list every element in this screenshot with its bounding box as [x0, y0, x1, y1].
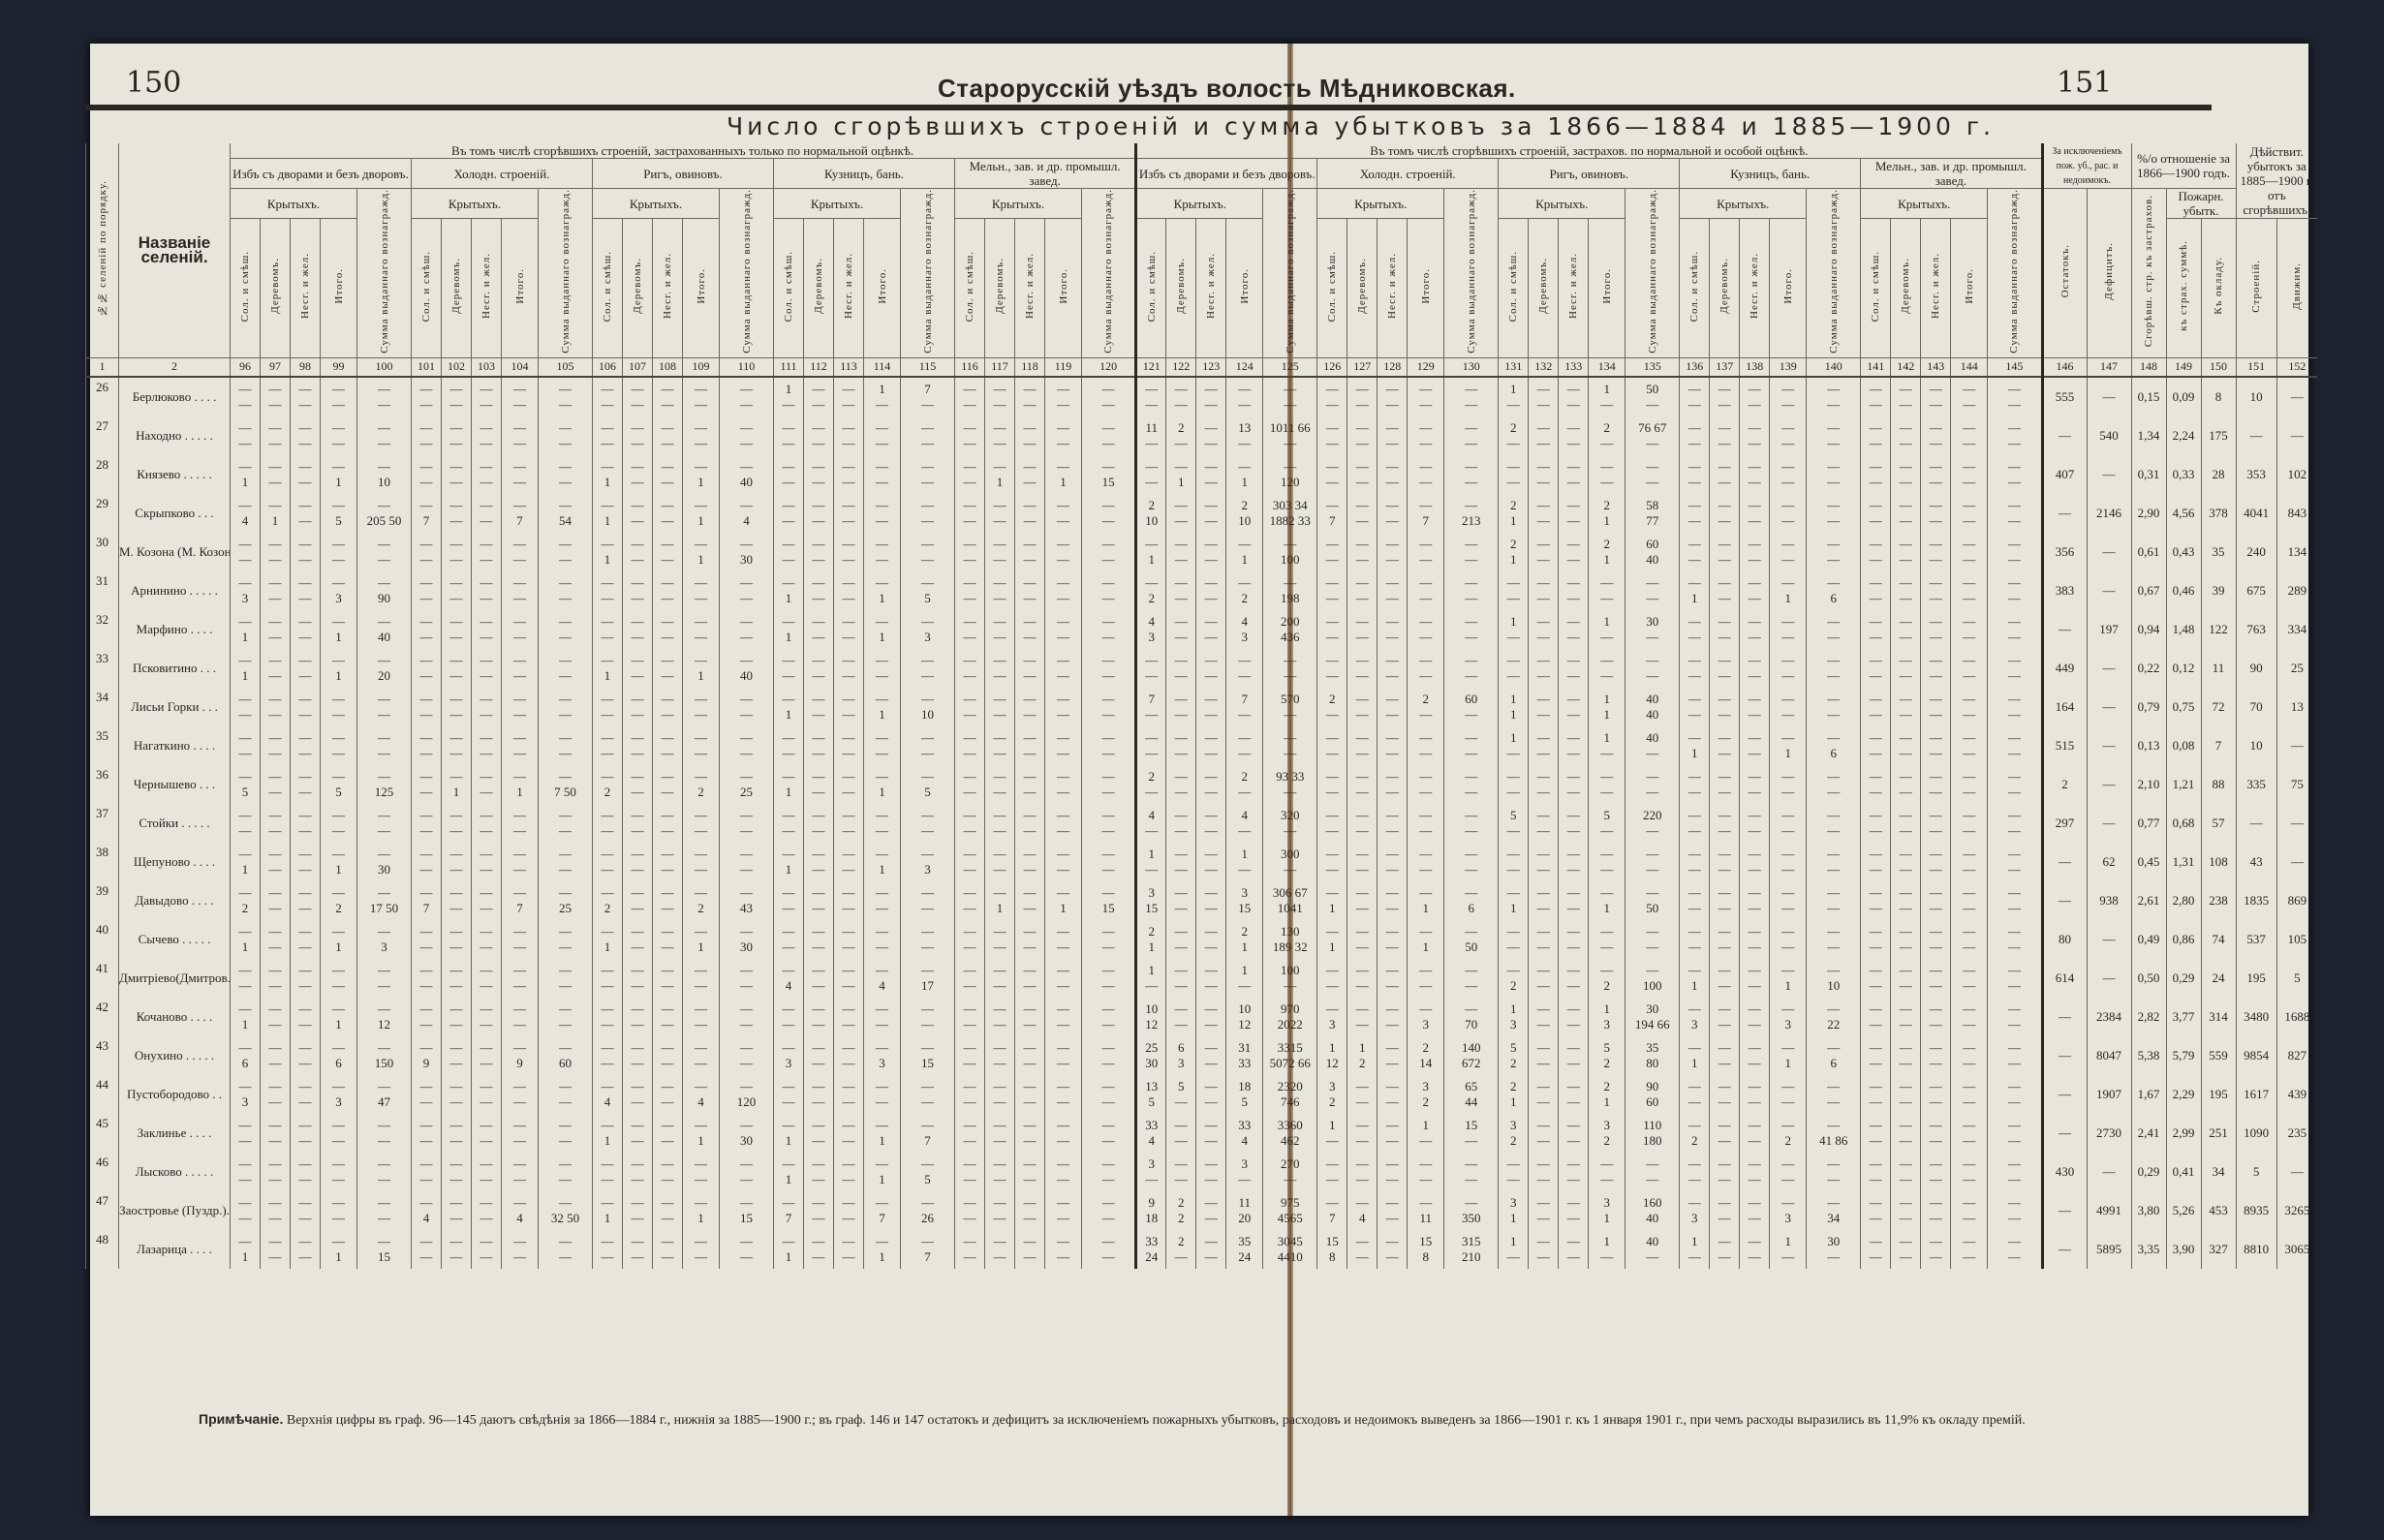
- lower-value: 2: [231, 901, 260, 916]
- data-cell: ——: [1740, 843, 1770, 881]
- upper-value: —: [1770, 653, 1806, 668]
- lower-value: —: [1680, 1172, 1709, 1187]
- data-cell: ——: [804, 1191, 834, 1230]
- upper-value: —: [1499, 653, 1528, 668]
- upper-value: —: [1710, 847, 1739, 862]
- data-cell: —1: [864, 843, 901, 881]
- data-cell: ——: [1559, 726, 1589, 765]
- summary-cell: 2,99: [2166, 1114, 2201, 1153]
- data-cell: ——: [1082, 610, 1136, 649]
- data-cell: —3: [231, 571, 261, 610]
- upper-value: —: [1529, 459, 1558, 475]
- upper-value: —: [261, 1234, 290, 1249]
- upper-value: —: [834, 537, 863, 552]
- upper-value: —: [593, 808, 622, 823]
- upper-value: —: [231, 1118, 260, 1133]
- data-cell: ——: [1529, 494, 1559, 533]
- lower-value: 1: [1226, 475, 1262, 490]
- data-cell: —1: [774, 843, 804, 881]
- data-cell: ——: [261, 998, 291, 1036]
- lower-value: —: [502, 552, 538, 568]
- lower-value: —: [1015, 901, 1044, 916]
- upper-value: —: [1740, 885, 1769, 901]
- data-cell: ——: [1347, 1153, 1378, 1191]
- lower-value: —: [1770, 668, 1806, 684]
- pct-burned-label: Сгорѣвш. стр. къ застрахов.: [2143, 195, 2154, 347]
- upper-value: —: [1347, 382, 1377, 397]
- lower-value: 189 32: [1263, 939, 1316, 955]
- lower-value: —: [653, 591, 682, 606]
- lower-value: —: [774, 823, 803, 839]
- data-cell: —15: [720, 1191, 774, 1230]
- upper-value: 2: [1589, 1079, 1625, 1094]
- upper-value: 2: [1137, 498, 1165, 513]
- lower-value: —: [1740, 939, 1769, 955]
- upper-value: —: [1807, 653, 1860, 668]
- lower-value: —: [653, 1056, 682, 1071]
- column-number: 127: [1347, 357, 1378, 377]
- upper-value: —: [1196, 1040, 1225, 1056]
- data-cell: ——: [1166, 571, 1196, 610]
- upper-value: —: [1988, 730, 2040, 746]
- upper-value: —: [804, 1195, 833, 1211]
- sub-label: Несг. и жел.: [299, 253, 311, 319]
- sum-label: Сумма выданнаго вознагражд.: [1102, 189, 1114, 354]
- upper-value: —: [472, 924, 501, 939]
- upper-value: —: [1559, 498, 1588, 513]
- data-cell: 13—: [1226, 416, 1263, 455]
- lower-value: —: [1045, 1249, 1081, 1265]
- lower-value: —: [653, 1211, 682, 1226]
- upper-value: 3360: [1263, 1118, 1316, 1133]
- data-cell: —1: [321, 649, 357, 688]
- upper-value: —: [442, 963, 471, 978]
- lower-value: —: [1710, 1017, 1739, 1032]
- upper-value: —: [261, 1156, 290, 1172]
- data-cell: ——: [1136, 726, 1166, 765]
- summary-cell: —: [2042, 610, 2087, 649]
- data-cell: ——: [683, 804, 720, 843]
- upper-value: —: [1861, 847, 1890, 862]
- summary-cell: 2,90: [2131, 494, 2166, 533]
- summary-cell: —: [2087, 377, 2131, 416]
- lower-value: —: [472, 591, 501, 606]
- lower-value: —: [1408, 823, 1443, 839]
- sub-label: Сол. и смѣш.: [239, 251, 251, 322]
- lower-value: —: [1317, 1172, 1347, 1187]
- upper-value: —: [683, 692, 719, 707]
- lower-value: —: [1137, 707, 1165, 723]
- data-cell: ——: [1082, 649, 1136, 688]
- data-cell: ——: [1045, 765, 1082, 804]
- upper-value: —: [1317, 575, 1347, 591]
- column-number: 129: [1408, 357, 1444, 377]
- village-name: М. Козона (М. Козонка) . . . . .: [119, 533, 231, 571]
- lower-value: —: [864, 1094, 900, 1110]
- lower-value: —: [1166, 1172, 1195, 1187]
- data-cell: —3: [1317, 998, 1347, 1036]
- data-cell: 158: [1408, 1230, 1444, 1269]
- data-cell: —1: [593, 1114, 623, 1153]
- upper-value: —: [472, 1040, 501, 1056]
- lower-value: —: [1559, 591, 1588, 606]
- lower-value: —: [653, 1172, 682, 1187]
- upper-value: —: [502, 420, 538, 436]
- data-cell: 5—: [1499, 804, 1529, 843]
- sum-label: Сумма выданнаго вознагражд.: [1466, 189, 1477, 354]
- data-cell: —4: [231, 494, 261, 533]
- lower-value: —: [1015, 475, 1044, 490]
- upper-value: —: [985, 730, 1014, 746]
- upper-value: —: [955, 1234, 984, 1249]
- lower-value: —: [291, 1017, 320, 1032]
- upper-value: —: [623, 1079, 652, 1094]
- data-cell: ——: [1589, 649, 1625, 688]
- upper-value: —: [1680, 382, 1709, 397]
- sum-header: Сумма выданнаго вознагражд.: [1263, 189, 1317, 358]
- summary-cell: 70: [2236, 688, 2276, 726]
- data-cell: ——: [412, 688, 442, 726]
- data-cell: —50: [1625, 881, 1680, 920]
- data-cell: ——: [1196, 688, 1226, 726]
- data-cell: —1: [864, 610, 901, 649]
- data-cell: ——: [623, 416, 653, 455]
- lower-value: —: [502, 668, 538, 684]
- data-cell: ——: [985, 920, 1015, 959]
- upper-value: —: [472, 653, 501, 668]
- upper-value: —: [321, 769, 356, 785]
- lower-value: —: [985, 552, 1014, 568]
- column-number: 124: [1226, 357, 1263, 377]
- summary-cell: 5,79: [2166, 1036, 2201, 1075]
- upper-value: —: [1444, 1195, 1498, 1211]
- data-cell: ——: [901, 920, 955, 959]
- data-cell: ——: [291, 765, 321, 804]
- lower-value: —: [1861, 1056, 1890, 1071]
- sum-label: Сумма выданнаго вознагражд.: [922, 189, 934, 354]
- data-cell: ——: [1136, 377, 1166, 416]
- data-cell: ——: [1378, 455, 1408, 494]
- data-cell: ——: [1529, 726, 1559, 765]
- data-cell: 303 341882 33: [1263, 494, 1317, 533]
- lower-value: —: [774, 513, 803, 529]
- data-cell: ——: [1891, 920, 1921, 959]
- data-cell: ——: [1559, 1230, 1589, 1269]
- village-name: Щепуново . . . .: [119, 843, 231, 881]
- upper-value: —: [1408, 575, 1443, 591]
- data-cell: ——: [502, 959, 539, 998]
- upper-value: 220: [1625, 808, 1679, 823]
- upper-value: —: [720, 847, 773, 862]
- data-cell: 2—: [1136, 765, 1166, 804]
- lower-value: —: [502, 862, 538, 878]
- lower-value: —: [1770, 939, 1806, 955]
- data-cell: ——: [1408, 416, 1444, 455]
- data-cell: —9: [412, 1036, 442, 1075]
- upper-value: —: [1921, 1001, 1950, 1017]
- lower-value: —: [1951, 1056, 1987, 1071]
- lower-value: —: [291, 1249, 320, 1265]
- data-cell: ——: [1166, 649, 1196, 688]
- data-cell: ——: [653, 920, 683, 959]
- lower-value: —: [1015, 1094, 1044, 1110]
- lower-value: —: [1988, 475, 2040, 490]
- data-cell: ——: [1196, 1075, 1226, 1114]
- upper-value: —: [1196, 575, 1225, 591]
- data-cell: ——: [1444, 843, 1499, 881]
- data-cell: ——: [291, 726, 321, 765]
- village-number: 44: [86, 1075, 119, 1114]
- upper-value: —: [1988, 1040, 2040, 1056]
- upper-value: —: [1710, 498, 1739, 513]
- lower-value: —: [1921, 591, 1950, 606]
- upper-value: —: [1082, 963, 1134, 978]
- sub-label: Несг. и жел.: [480, 253, 492, 319]
- data-cell: 210: [1136, 494, 1166, 533]
- lower-value: —: [1559, 630, 1588, 645]
- summary-cell: 5: [2236, 1153, 2276, 1191]
- lower-value: —: [1226, 785, 1262, 800]
- upper-value: —: [1045, 653, 1081, 668]
- lower-value: —: [1137, 436, 1165, 451]
- upper-value: —: [1082, 885, 1134, 901]
- data-cell: ——: [1740, 377, 1770, 416]
- upper-value: —: [623, 1040, 652, 1056]
- sub-header: Деревомъ.: [804, 219, 834, 358]
- upper-value: —: [1015, 1040, 1044, 1056]
- upper-value: 2320: [1263, 1079, 1316, 1094]
- upper-value: —: [1317, 420, 1347, 436]
- upper-value: —: [1680, 847, 1709, 862]
- lower-value: 15: [1226, 901, 1262, 916]
- lower-value: —: [1499, 1172, 1528, 1187]
- upper-value: —: [1921, 382, 1950, 397]
- data-cell: ——: [774, 1075, 804, 1114]
- data-cell: ——: [901, 881, 955, 920]
- sub-header: Несг. и жел.: [653, 219, 683, 358]
- upper-value: 10: [1226, 1001, 1262, 1017]
- lower-value: —: [1951, 591, 1987, 606]
- lower-value: —: [774, 436, 803, 451]
- lower-value: —: [1710, 901, 1739, 916]
- upper-value: —: [1951, 730, 1987, 746]
- upper-value: —: [1891, 963, 1920, 978]
- lower-value: 40: [720, 475, 773, 490]
- upper-value: 1: [1137, 963, 1165, 978]
- data-cell: ——: [1770, 649, 1807, 688]
- data-cell: ——: [1347, 765, 1378, 804]
- lower-value: —: [261, 475, 290, 490]
- data-cell: ——: [412, 649, 442, 688]
- data-cell: ——: [1082, 726, 1136, 765]
- upper-value: —: [985, 1040, 1014, 1056]
- lower-value: —: [1045, 746, 1081, 761]
- lower-value: —: [1166, 707, 1195, 723]
- covered-header: Крытыхъ.: [1680, 189, 1807, 219]
- upper-value: —: [261, 653, 290, 668]
- upper-value: —: [1082, 420, 1134, 436]
- upper-value: 33: [1226, 1118, 1262, 1133]
- lower-value: —: [1921, 1172, 1950, 1187]
- upper-value: —: [261, 1040, 290, 1056]
- data-cell: ——: [291, 804, 321, 843]
- lower-value: —: [955, 823, 984, 839]
- upper-value: 970: [1263, 1001, 1316, 1017]
- data-cell: ——: [653, 494, 683, 533]
- data-cell: —70: [1444, 998, 1499, 1036]
- lower-value: —: [1347, 901, 1377, 916]
- upper-value: —: [291, 1156, 320, 1172]
- village-name: Скрыпково . . .: [119, 494, 231, 533]
- data-cell: ——: [955, 765, 985, 804]
- lower-value: —: [1015, 1249, 1044, 1265]
- data-cell: —25: [539, 881, 593, 920]
- lower-value: —: [1499, 862, 1528, 878]
- lower-value: —: [1891, 823, 1920, 839]
- upper-value: —: [1988, 614, 2040, 630]
- upper-value: —: [1589, 653, 1625, 668]
- upper-value: —: [1559, 653, 1588, 668]
- exclusion-header: За исключеніемъ пож. уб., рас. и недоимо…: [2042, 143, 2131, 189]
- sub-header: Сол. и смѣш.: [1136, 219, 1166, 358]
- upper-value: —: [1082, 692, 1134, 707]
- lower-value: —: [653, 397, 682, 413]
- upper-value: —: [653, 614, 682, 630]
- data-cell: —1: [231, 843, 261, 881]
- lower-value: —: [1263, 785, 1316, 800]
- data-cell: —30: [357, 843, 412, 881]
- lower-value: —: [442, 901, 471, 916]
- lower-value: —: [1378, 785, 1407, 800]
- lower-value: —: [623, 1172, 652, 1187]
- upper-value: —: [231, 1079, 260, 1094]
- data-cell: ——: [291, 416, 321, 455]
- column-number: 111: [774, 357, 804, 377]
- data-cell: ——: [1347, 1075, 1378, 1114]
- upper-value: 2: [1499, 498, 1528, 513]
- lower-value: —: [623, 397, 652, 413]
- upper-value: —: [1317, 614, 1347, 630]
- data-cell: ——: [1499, 920, 1529, 959]
- village-number: 43: [86, 1036, 119, 1075]
- upper-value: 35: [1226, 1234, 1262, 1249]
- lower-value: —: [1807, 823, 1860, 839]
- summary-cell: 0,86: [2166, 920, 2201, 959]
- upper-value: 2: [1408, 692, 1443, 707]
- data-cell: ——: [1408, 610, 1444, 649]
- lower-value: —: [1529, 630, 1558, 645]
- table-row: 26Берлюково . . . .—————————————————————…: [86, 377, 2318, 416]
- data-cell: ——: [1347, 804, 1378, 843]
- data-cell: ——: [623, 649, 653, 688]
- data-cell: —5: [231, 765, 261, 804]
- data-cell: ——: [412, 843, 442, 881]
- upper-value: —: [1444, 808, 1498, 823]
- upper-value: —: [321, 1156, 356, 1172]
- lower-value: —: [1226, 707, 1262, 723]
- data-cell: —40: [357, 610, 412, 649]
- summary-cell: 5,38: [2131, 1036, 2166, 1075]
- upper-value: —: [1263, 537, 1316, 552]
- lower-value: —: [1082, 823, 1134, 839]
- lower-value: —: [1891, 707, 1920, 723]
- lower-value: —: [1891, 862, 1920, 878]
- upper-value: —: [1740, 653, 1769, 668]
- lower-value: —: [1891, 397, 1920, 413]
- upper-value: —: [901, 498, 954, 513]
- sub-label: Сол. и смѣш.: [1326, 251, 1338, 322]
- lower-value: —: [1378, 630, 1407, 645]
- data-cell: ——: [804, 610, 834, 649]
- column-number: 105: [539, 357, 593, 377]
- lower-value: 54: [539, 513, 592, 529]
- upper-value: 1: [1499, 382, 1528, 397]
- data-cell: ——: [502, 533, 539, 571]
- lower-value: —: [901, 823, 954, 839]
- lower-value: —: [955, 397, 984, 413]
- data-cell: ——: [1710, 765, 1740, 804]
- data-cell: ——: [502, 377, 539, 416]
- upper-value: —: [502, 1079, 538, 1094]
- upper-value: —: [593, 1234, 622, 1249]
- data-cell: ——: [623, 1153, 653, 1191]
- data-cell: 110180: [1625, 1114, 1680, 1153]
- upper-value: —: [1378, 537, 1407, 552]
- data-cell: 2—: [1589, 416, 1625, 455]
- lower-value: —: [1589, 630, 1625, 645]
- lower-value: —: [472, 978, 501, 994]
- upper-value: —: [1408, 769, 1443, 785]
- data-cell: ——: [1680, 416, 1710, 455]
- data-cell: ——: [1807, 610, 1861, 649]
- data-cell: ——: [1921, 998, 1951, 1036]
- data-cell: ——: [1529, 1114, 1559, 1153]
- data-cell: ——: [804, 843, 834, 881]
- summary-cell: —: [2236, 416, 2276, 455]
- upper-value: —: [1770, 382, 1806, 397]
- lower-value: —: [357, 823, 411, 839]
- upper-value: —: [1263, 382, 1316, 397]
- data-cell: ——: [1559, 533, 1589, 571]
- lower-value: —: [1988, 436, 2040, 451]
- upper-value: —: [539, 382, 592, 397]
- lower-value: —: [1807, 397, 1860, 413]
- data-cell: ——: [1921, 1114, 1951, 1153]
- lower-value: 1: [321, 862, 356, 878]
- upper-value: —: [1499, 885, 1528, 901]
- summary-cell: 314: [2201, 998, 2236, 1036]
- upper-value: —: [1444, 769, 1498, 785]
- data-cell: ——: [985, 688, 1015, 726]
- upper-value: —: [683, 575, 719, 591]
- lower-value: —: [955, 552, 984, 568]
- summary-cell: 105: [2276, 920, 2317, 959]
- upper-value: —: [1045, 1001, 1081, 1017]
- data-cell: ——: [1740, 1075, 1770, 1114]
- data-cell: ——: [1378, 649, 1408, 688]
- lower-value: 10: [1807, 978, 1860, 994]
- lower-value: —: [1196, 1056, 1225, 1071]
- lower-value: 4: [502, 1211, 538, 1226]
- data-cell: ——: [1951, 416, 1988, 455]
- upper-value: —: [231, 924, 260, 939]
- lower-value: —: [1625, 1249, 1679, 1265]
- lower-value: —: [1444, 668, 1498, 684]
- data-cell: ——: [1807, 455, 1861, 494]
- lower-value: 7: [901, 1133, 954, 1149]
- upper-value: —: [1861, 1001, 1890, 1017]
- lower-value: —: [1559, 1133, 1588, 1149]
